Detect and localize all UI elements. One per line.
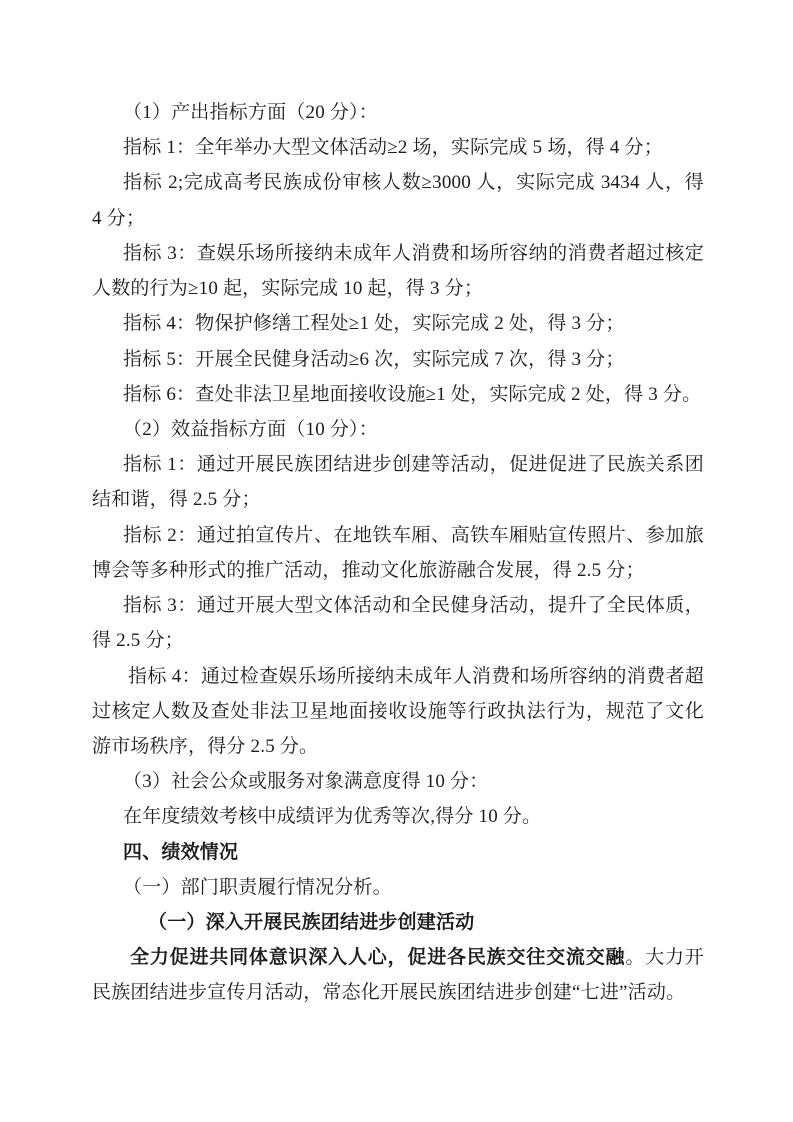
text-run: 得 2.5 分； — [92, 630, 184, 651]
text-run: 指标 4：物保护修缮工程处≥1 处，实际完成 2 处，得 3 分； — [123, 313, 625, 334]
benefit-indicator-2: 指标 2：通过拍宣传片、在地铁车厢、高铁车厢贴宣传照片、参加旅 — [92, 518, 704, 553]
section-heading-performance: 四、绩效情况 — [92, 835, 704, 870]
text-run: 指标 4：通过检查娱乐场所接纳未成年人消费和场所容纳的消费者超 — [128, 666, 704, 687]
benefit-indicator-1-cont: 结和谐，得 2.5 分； — [92, 482, 704, 517]
text-run: 全力促进共同体意识深入人心，促进各民族交往交流交融 — [130, 947, 625, 968]
text-run: 指标 6：查处非法卫星地面接收设施≥1 处，实际完成 2 处，得 3 分。 — [123, 384, 701, 405]
output-indicator-4: 指标 4：物保护修缮工程处≥1 处，实际完成 2 处，得 3 分； — [92, 306, 704, 341]
text-run: （1）产出指标方面（20 分）： — [123, 102, 378, 123]
benefit-indicator-1: 指标 1：通过开展民族团结进步创建等活动，促进促进了民族关系团 — [92, 447, 704, 482]
satisfaction-result: 在年度绩效考核中成绩评为优秀等次,得分 10 分。 — [92, 799, 704, 834]
text-run: （一）深入开展民族团结进步创建活动 — [148, 912, 474, 933]
output-indicator-6: 指标 6：查处非法卫星地面接收设施≥1 处，实际完成 2 处，得 3 分。 — [92, 377, 704, 412]
text-run: 结和谐，得 2.5 分； — [92, 489, 261, 510]
text-run: 人数的行为≥10 起，实际完成 10 起，得 3 分； — [92, 278, 483, 299]
text-run: （2）效益指标方面（10 分）： — [123, 419, 378, 440]
text-run: 指标 1：全年举办大型文体活动≥2 场，实际完成 5 场，得 4 分； — [123, 137, 663, 158]
text-run: 指标 2;完成高考民族成份审核人数≥3000 人，实际完成 3434 人，得 — [123, 172, 704, 193]
subsection-duty-analysis: （一）部门职责履行情况分析。 — [92, 870, 704, 905]
text-run: 四、绩效情况 — [123, 842, 238, 863]
document-page: （1）产出指标方面（20 分）：指标 1：全年举办大型文体活动≥2 场，实际完成… — [0, 0, 793, 1122]
benefit-indicator-3: 指标 3：通过开展大型文体活动和全民健身活动，提升了全民体质， — [92, 588, 704, 623]
benefit-indicator-2-cont: 博会等多种形式的推广活动，推动文化旅游融合发展，得 2.5 分； — [92, 553, 704, 588]
text-run: （一）部门职责履行情况分析。 — [123, 877, 392, 898]
text-run: 指标 2：通过拍宣传片、在地铁车厢、高铁车厢贴宣传照片、参加旅 — [123, 525, 704, 546]
para-ethnic-unity-cont: 民族团结进步宣传月活动，常态化开展民族团结进步创建“七进”活动。 — [92, 975, 704, 1010]
output-indicator-3: 指标 3：查娱乐场所接纳未成年人消费和场所容纳的消费者超过核定 — [92, 236, 704, 271]
text-run: 过核定人数及查处非法卫星地面接收设施等行政执法行为，规范了文化旅 — [92, 701, 704, 729]
benefit-indicator-4: 指标 4：通过检查娱乐场所接纳未成年人消费和场所容纳的消费者超 — [92, 659, 704, 694]
text-run: 指标 1：通过开展民族团结进步创建等活动，促进促进了民族关系团 — [123, 454, 704, 475]
text-run: 指标 3：通过开展大型文体活动和全民健身活动，提升了全民体质， — [123, 595, 704, 616]
text-run: 民族团结进步宣传月活动，常态化开展民族团结进步创建“七进”活动。 — [92, 982, 685, 1003]
output-indicator-2: 指标 2;完成高考民族成份审核人数≥3000 人，实际完成 3434 人，得 — [92, 165, 704, 200]
text-run: 游市场秩序，得分 2.5 分。 — [92, 736, 318, 757]
para-ethnic-unity-lead: 全力促进共同体意识深入人心，促进各民族交往交流交融。大力开展 — [92, 940, 704, 975]
output-indicator-3-cont: 人数的行为≥10 起，实际完成 10 起，得 3 分； — [92, 271, 704, 306]
text-run: 指标 5：开展全民健身活动≥6 次，实际完成 7 次，得 3 分； — [123, 349, 625, 370]
benefit-indicator-3-cont: 得 2.5 分； — [92, 623, 704, 658]
document-body: （1）产出指标方面（20 分）：指标 1：全年举办大型文体活动≥2 场，实际完成… — [92, 95, 704, 1011]
text-run: 4 分； — [92, 208, 145, 229]
heading-satisfaction: （3）社会公众或服务对象满意度得 10 分： — [92, 764, 704, 799]
subheading-ethnic-unity: （一）深入开展民族团结进步创建活动 — [92, 905, 704, 940]
benefit-indicator-4-cont-2: 游市场秩序，得分 2.5 分。 — [92, 729, 704, 764]
text-run: 指标 3：查娱乐场所接纳未成年人消费和场所容纳的消费者超过核定 — [123, 243, 704, 264]
text-run: （3）社会公众或服务对象满意度得 10 分： — [123, 771, 488, 792]
output-indicator-1: 指标 1：全年举办大型文体活动≥2 场，实际完成 5 场，得 4 分； — [92, 130, 704, 165]
heading-output-indicators: （1）产出指标方面（20 分）： — [92, 95, 704, 130]
benefit-indicator-4-cont-1: 过核定人数及查处非法卫星地面接收设施等行政执法行为，规范了文化旅 — [92, 694, 704, 729]
output-indicator-5: 指标 5：开展全民健身活动≥6 次，实际完成 7 次，得 3 分； — [92, 342, 704, 377]
heading-benefit-indicators: （2）效益指标方面（10 分）： — [92, 412, 704, 447]
text-run: 博会等多种形式的推广活动，推动文化旅游融合发展，得 2.5 分； — [92, 560, 645, 581]
text-run: 在年度绩效考核中成绩评为优秀等次,得分 10 分。 — [123, 806, 541, 827]
output-indicator-2-cont: 4 分； — [92, 201, 704, 236]
